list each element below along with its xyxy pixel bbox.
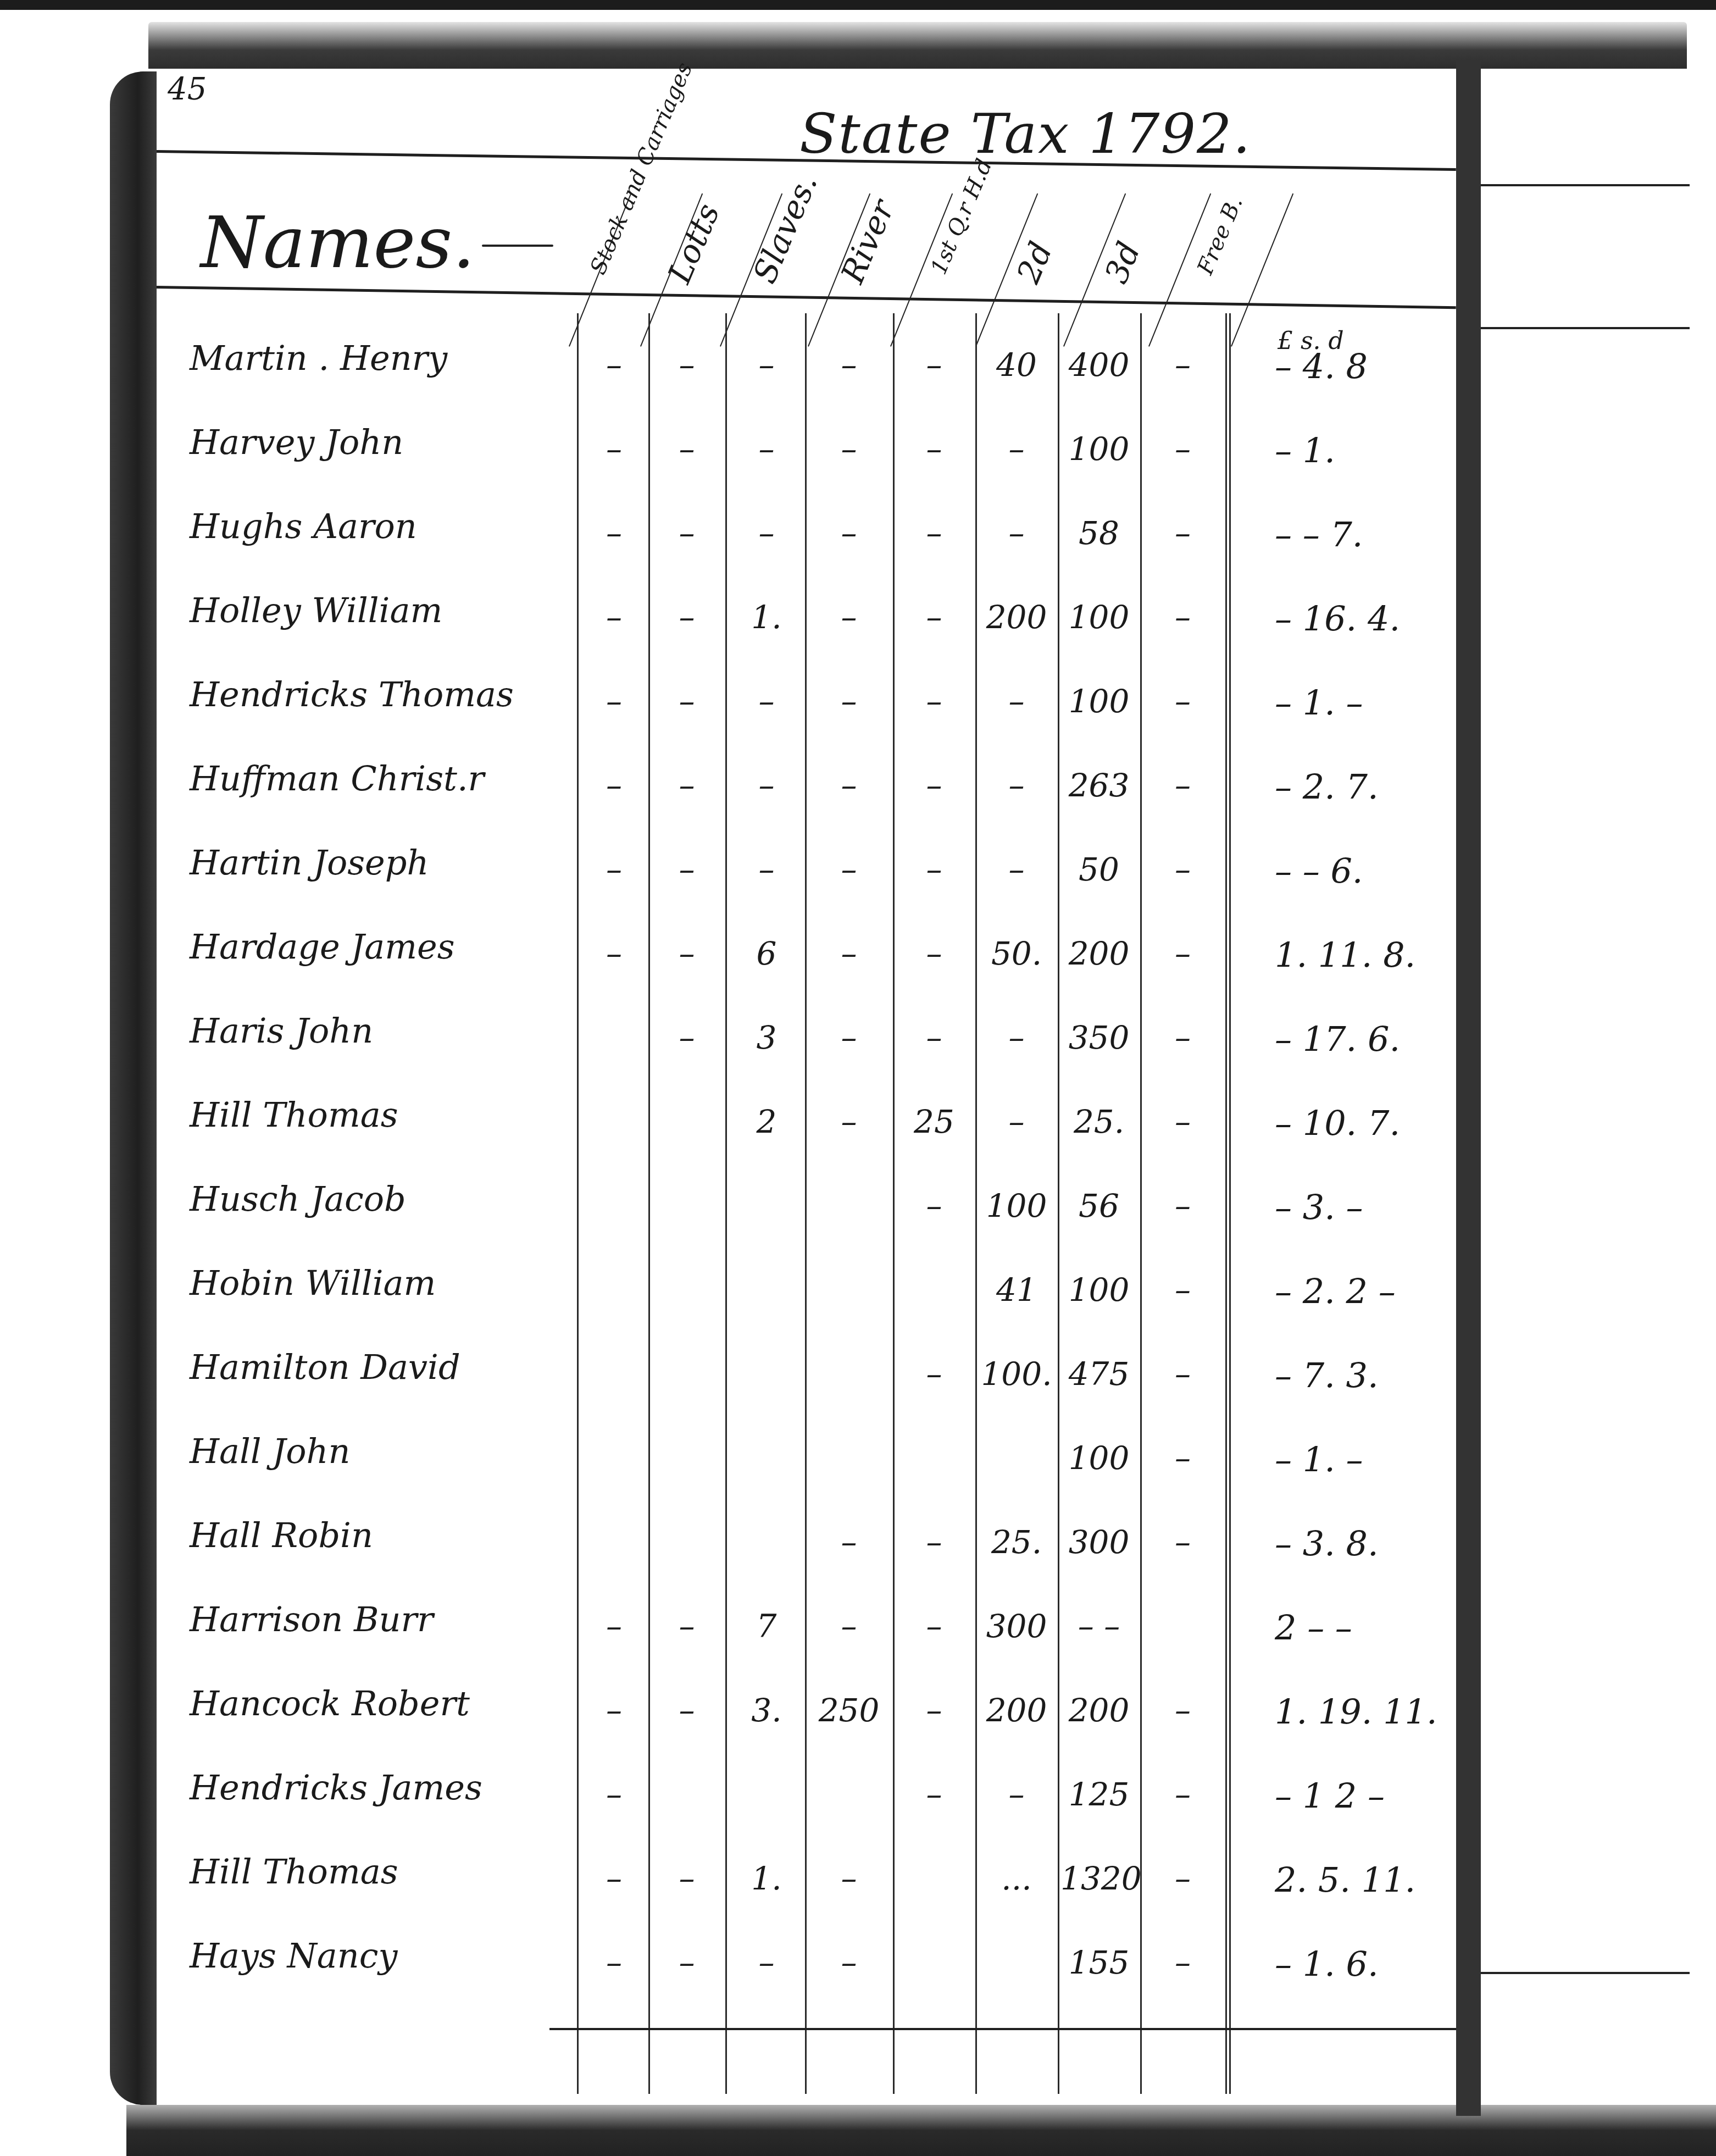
cell-free: – [1143, 1860, 1223, 1897]
cell-q2: – [978, 1103, 1055, 1140]
cell-free: – [1143, 1692, 1223, 1729]
table-row: Hamilton David–100.475–– 7. 3. [157, 1336, 1456, 1424]
cell-lotts: – [651, 346, 723, 384]
cell-amount-lsd: – 1 2 – [1275, 1776, 1440, 1816]
cell-lotts: – [651, 851, 723, 888]
column-header-second: 2d [1012, 237, 1057, 287]
cell-river: – [808, 851, 890, 888]
cell-slaves: 6 [728, 935, 805, 972]
cell-amount-lsd: – 10. 7. [1275, 1103, 1440, 1143]
cell-free: – [1143, 430, 1223, 468]
table-row: Hobin William41100–– 2. 2 – [157, 1252, 1456, 1340]
cell-stock: – [580, 1608, 648, 1645]
cell-q2: – [978, 1776, 1055, 1813]
cell-q1: – [896, 430, 973, 468]
taxpayer-name: Hartin Joseph [190, 843, 429, 883]
cell-q1: – [896, 1019, 973, 1056]
cell-lotts: – [651, 935, 723, 972]
cell-amount-lsd: – 2. 7. [1275, 767, 1440, 807]
cell-stock: – [580, 430, 648, 468]
cell-slaves: – [728, 1944, 805, 1981]
taxpayer-name: Haris John [190, 1011, 373, 1051]
cell-q3: 200 [1060, 1692, 1137, 1729]
cell-river: – [808, 1103, 890, 1140]
cell-free: – [1143, 1019, 1223, 1056]
cell-q3: 200 [1060, 935, 1137, 972]
cell-q1: 25 [896, 1103, 973, 1140]
cell-amount-lsd: – – 7. [1275, 514, 1440, 555]
facing-page-rule [1481, 327, 1690, 329]
taxpayer-name: Hall Robin [190, 1515, 373, 1555]
cell-stock: – [580, 851, 648, 888]
cell-free: – [1143, 1271, 1223, 1309]
cell-free: – [1143, 514, 1223, 552]
header-bottom-rule [157, 286, 1456, 309]
cell-slaves: – [728, 767, 805, 804]
cell-free: – [1143, 1187, 1223, 1224]
cell-lotts: – [651, 1860, 723, 1897]
cell-q2: ... [978, 1860, 1055, 1897]
cell-amount-lsd: – 3. – [1275, 1187, 1440, 1227]
ledger-page: 45 State Tax 1792. Names. Stock and Carr… [157, 69, 1456, 2105]
taxpayer-name: Harvey John [190, 422, 403, 462]
cell-stock: – [580, 514, 648, 552]
column-header-lotts: Lotts [663, 199, 725, 287]
cell-stock: – [580, 1944, 648, 1981]
cell-q2: 40 [978, 346, 1055, 384]
cell-free: – [1143, 1103, 1223, 1140]
cell-stock: – [580, 346, 648, 384]
cell-q1: – [896, 1776, 973, 1813]
cell-lotts: – [651, 1692, 723, 1729]
cell-q3: 56 [1060, 1187, 1137, 1224]
cell-q2: 200 [978, 1692, 1055, 1729]
cell-q2: 100. [978, 1355, 1055, 1393]
cell-stock: – [580, 935, 648, 972]
cell-amount-lsd: – 7. 3. [1275, 1355, 1440, 1395]
cell-q1: – [896, 683, 973, 720]
table-row: Hardage James––6––50.200–1. 11. 8. [157, 916, 1456, 1004]
cell-amount-lsd: 2. 5. 11. [1275, 1860, 1440, 1900]
cell-river: – [808, 430, 890, 468]
cell-stock: – [580, 1692, 648, 1729]
taxpayer-name: Harrison Burr [190, 1599, 434, 1639]
cell-q3: 155 [1060, 1944, 1137, 1981]
cell-q1: – [896, 514, 973, 552]
cell-amount-lsd: – 2. 2 – [1275, 1271, 1440, 1311]
page-left-binding-shadow [110, 71, 157, 2105]
cell-river: – [808, 935, 890, 972]
cell-q3: – – [1060, 1608, 1137, 1645]
cell-amount-lsd: 1. 19. 11. [1275, 1692, 1440, 1732]
cell-free: – [1143, 598, 1223, 636]
cell-river: 250 [808, 1692, 890, 1729]
taxpayer-name: Hill Thomas [190, 1852, 398, 1892]
cell-q1: – [896, 346, 973, 384]
cell-q2: – [978, 514, 1055, 552]
taxpayer-name: Hancock Robert [190, 1683, 470, 1723]
cell-lotts: – [651, 683, 723, 720]
taxpayer-name: Hamilton David [190, 1347, 460, 1387]
cell-river: – [808, 514, 890, 552]
cell-free: – [1143, 1355, 1223, 1393]
cell-q3: 350 [1060, 1019, 1137, 1056]
cell-lotts: – [651, 1944, 723, 1981]
cell-slaves: 7 [728, 1608, 805, 1645]
cell-free: – [1143, 1523, 1223, 1561]
names-column-header: Names. [201, 201, 475, 284]
cell-q3: 50 [1060, 851, 1137, 888]
taxpayer-name: Hughs Aaron [190, 506, 417, 546]
cell-free: – [1143, 1439, 1223, 1477]
cell-river: – [808, 598, 890, 636]
page-title: State Tax 1792. [799, 102, 1251, 166]
cell-river: – [808, 1944, 890, 1981]
table-row: Hendricks James–––125–– 1 2 – [157, 1756, 1456, 1844]
cell-amount-lsd: – – 6. [1275, 851, 1440, 891]
cell-river: – [808, 1608, 890, 1645]
cell-q2: 200 [978, 598, 1055, 636]
column-header-free: Free B. [1194, 193, 1246, 278]
cell-q3: 100 [1060, 683, 1137, 720]
cell-q3: 100 [1060, 430, 1137, 468]
taxpayer-name: Holley William [190, 590, 442, 630]
taxpayer-name: Martin . Henry [190, 338, 447, 378]
cell-q3: 400 [1060, 346, 1137, 384]
cell-stock: – [580, 683, 648, 720]
cell-q1: – [896, 1355, 973, 1393]
cell-free: – [1143, 767, 1223, 804]
facing-page-rule [1481, 184, 1690, 186]
table-row: Hughs Aaron––––––58–– – 7. [157, 495, 1456, 583]
taxpayer-name: Hendricks Thomas [190, 674, 514, 714]
taxpayer-name: Huffman Christ.r [190, 758, 484, 799]
cell-slaves: 1. [728, 598, 805, 636]
cell-q1: – [896, 851, 973, 888]
cell-q1: – [896, 1187, 973, 1224]
cell-q1: – [896, 935, 973, 972]
cell-q3: 100 [1060, 1271, 1137, 1309]
cell-slaves: 1. [728, 1860, 805, 1897]
cell-slaves: 3 [728, 1019, 805, 1056]
cell-lotts: – [651, 1019, 723, 1056]
cell-q2: – [978, 430, 1055, 468]
cell-stock: – [580, 767, 648, 804]
cell-amount-lsd: – 1. – [1275, 1439, 1440, 1479]
cell-q3: 100 [1060, 598, 1137, 636]
cell-amount-lsd: – 1. [1275, 430, 1440, 470]
cell-q3: 1320 [1060, 1860, 1137, 1897]
cell-lotts: – [651, 514, 723, 552]
cell-lotts: – [651, 1608, 723, 1645]
table-row: Hill Thomas––1.–...1320–2. 5. 11. [157, 1841, 1456, 1928]
table-row: Husch Jacob–10056–– 3. – [157, 1168, 1456, 1256]
table-row: Huffman Christ.r––––––263–– 2. 7. [157, 747, 1456, 835]
cell-q3: 475 [1060, 1355, 1137, 1393]
cell-q2: – [978, 1019, 1055, 1056]
table-row: Holley William––1.––200100–– 16. 4. [157, 579, 1456, 667]
cell-amount-lsd: 2 – – [1275, 1608, 1440, 1648]
cell-stock: – [580, 1776, 648, 1813]
cell-amount-lsd: – 17. 6. [1275, 1019, 1440, 1059]
cell-amount-lsd: – 4. 8 [1275, 346, 1440, 386]
cell-q3: 58 [1060, 514, 1137, 552]
cell-amount-lsd: – 1. – [1275, 683, 1440, 723]
cell-river: – [808, 767, 890, 804]
cell-lotts: – [651, 430, 723, 468]
cell-q2: – [978, 851, 1055, 888]
cell-q1: – [896, 767, 973, 804]
table-row: Harrison Burr––7––300– –2 – – [157, 1588, 1456, 1676]
cell-stock: – [580, 598, 648, 636]
column-header-slaves: Slaves. [748, 170, 823, 287]
cell-q2: 25. [978, 1523, 1055, 1561]
cell-amount-lsd: – 16. 4. [1275, 598, 1440, 639]
cell-q2: 50. [978, 935, 1055, 972]
cell-amount-lsd: – 3. 8. [1275, 1523, 1440, 1564]
cell-slaves: 2 [728, 1103, 805, 1140]
column-header-third: 3d [1100, 237, 1145, 287]
cell-river: – [808, 1019, 890, 1056]
cell-q2: 41 [978, 1271, 1055, 1309]
column-header-first-quarter: 1st Q.r H.d [928, 156, 996, 278]
cell-amount-lsd: – 1. 6. [1275, 1944, 1440, 1984]
cell-slaves: – [728, 851, 805, 888]
table-row: Martin . Henry–––––40400–– 4. 8 [157, 327, 1456, 415]
cell-q3: 100 [1060, 1439, 1137, 1477]
cell-lotts: – [651, 767, 723, 804]
cell-q1: – [896, 598, 973, 636]
cell-river: – [808, 346, 890, 384]
cell-free: – [1143, 1944, 1223, 1981]
total-rule [549, 2028, 1456, 2030]
cell-q2: 300 [978, 1608, 1055, 1645]
taxpayer-name: Hall John [190, 1431, 350, 1471]
page-right-binding [1456, 60, 1481, 2116]
table-row: Hall Robin––25.300–– 3. 8. [157, 1504, 1456, 1592]
table-row: Haris John–3–––350–– 17. 6. [157, 1000, 1456, 1088]
cell-slaves: – [728, 514, 805, 552]
scan-top-border [0, 0, 1716, 10]
cell-amount-lsd: 1. 11. 8. [1275, 935, 1440, 975]
cell-river: – [808, 1523, 890, 1561]
table-row: Hall John100–– 1. – [157, 1420, 1456, 1508]
cell-free: – [1143, 683, 1223, 720]
cell-lotts: – [651, 598, 723, 636]
cell-q3: 25. [1060, 1103, 1137, 1140]
column-header-river: River [836, 196, 899, 287]
taxpayer-name: Hendricks James [190, 1767, 482, 1808]
page-number: 45 [168, 71, 207, 107]
table-row: Hays Nancy––––155–– 1. 6. [157, 1925, 1456, 2013]
cell-free: – [1143, 346, 1223, 384]
cell-free: – [1143, 1776, 1223, 1813]
table-row: Hill Thomas2–25–25.–– 10. 7. [157, 1084, 1456, 1172]
cell-free: – [1143, 851, 1223, 888]
taxpayer-name: Hardage James [190, 927, 455, 967]
table-row: Hancock Robert––3.250–200200–1. 19. 11. [157, 1672, 1456, 1760]
taxpayer-name: Hobin William [190, 1263, 436, 1303]
cell-free: – [1143, 935, 1223, 972]
table-row: Harvey John––––––100–– 1. [157, 411, 1456, 499]
cell-river: – [808, 1860, 890, 1897]
cell-slaves: – [728, 346, 805, 384]
cell-q3: 125 [1060, 1776, 1137, 1813]
table-row: Hendricks Thomas––––––100–– 1. – [157, 663, 1456, 751]
cell-q1: – [896, 1692, 973, 1729]
cell-q2: – [978, 767, 1055, 804]
facing-page-rule [1481, 1972, 1690, 1974]
taxpayer-name: Hill Thomas [190, 1095, 398, 1135]
taxpayer-name: Hays Nancy [190, 1936, 397, 1976]
cell-q2: – [978, 683, 1055, 720]
cell-slaves: – [728, 430, 805, 468]
cell-slaves: – [728, 683, 805, 720]
taxpayer-name: Husch Jacob [190, 1179, 406, 1219]
cell-q1: – [896, 1608, 973, 1645]
cell-q3: 263 [1060, 767, 1137, 804]
cell-q2: 100 [978, 1187, 1055, 1224]
table-row: Hartin Joseph––––––50–– – 6. [157, 832, 1456, 919]
cell-q3: 300 [1060, 1523, 1137, 1561]
cell-stock: – [580, 1860, 648, 1897]
cell-river: – [808, 683, 890, 720]
cell-slaves: 3. [728, 1692, 805, 1729]
cell-q1: – [896, 1523, 973, 1561]
